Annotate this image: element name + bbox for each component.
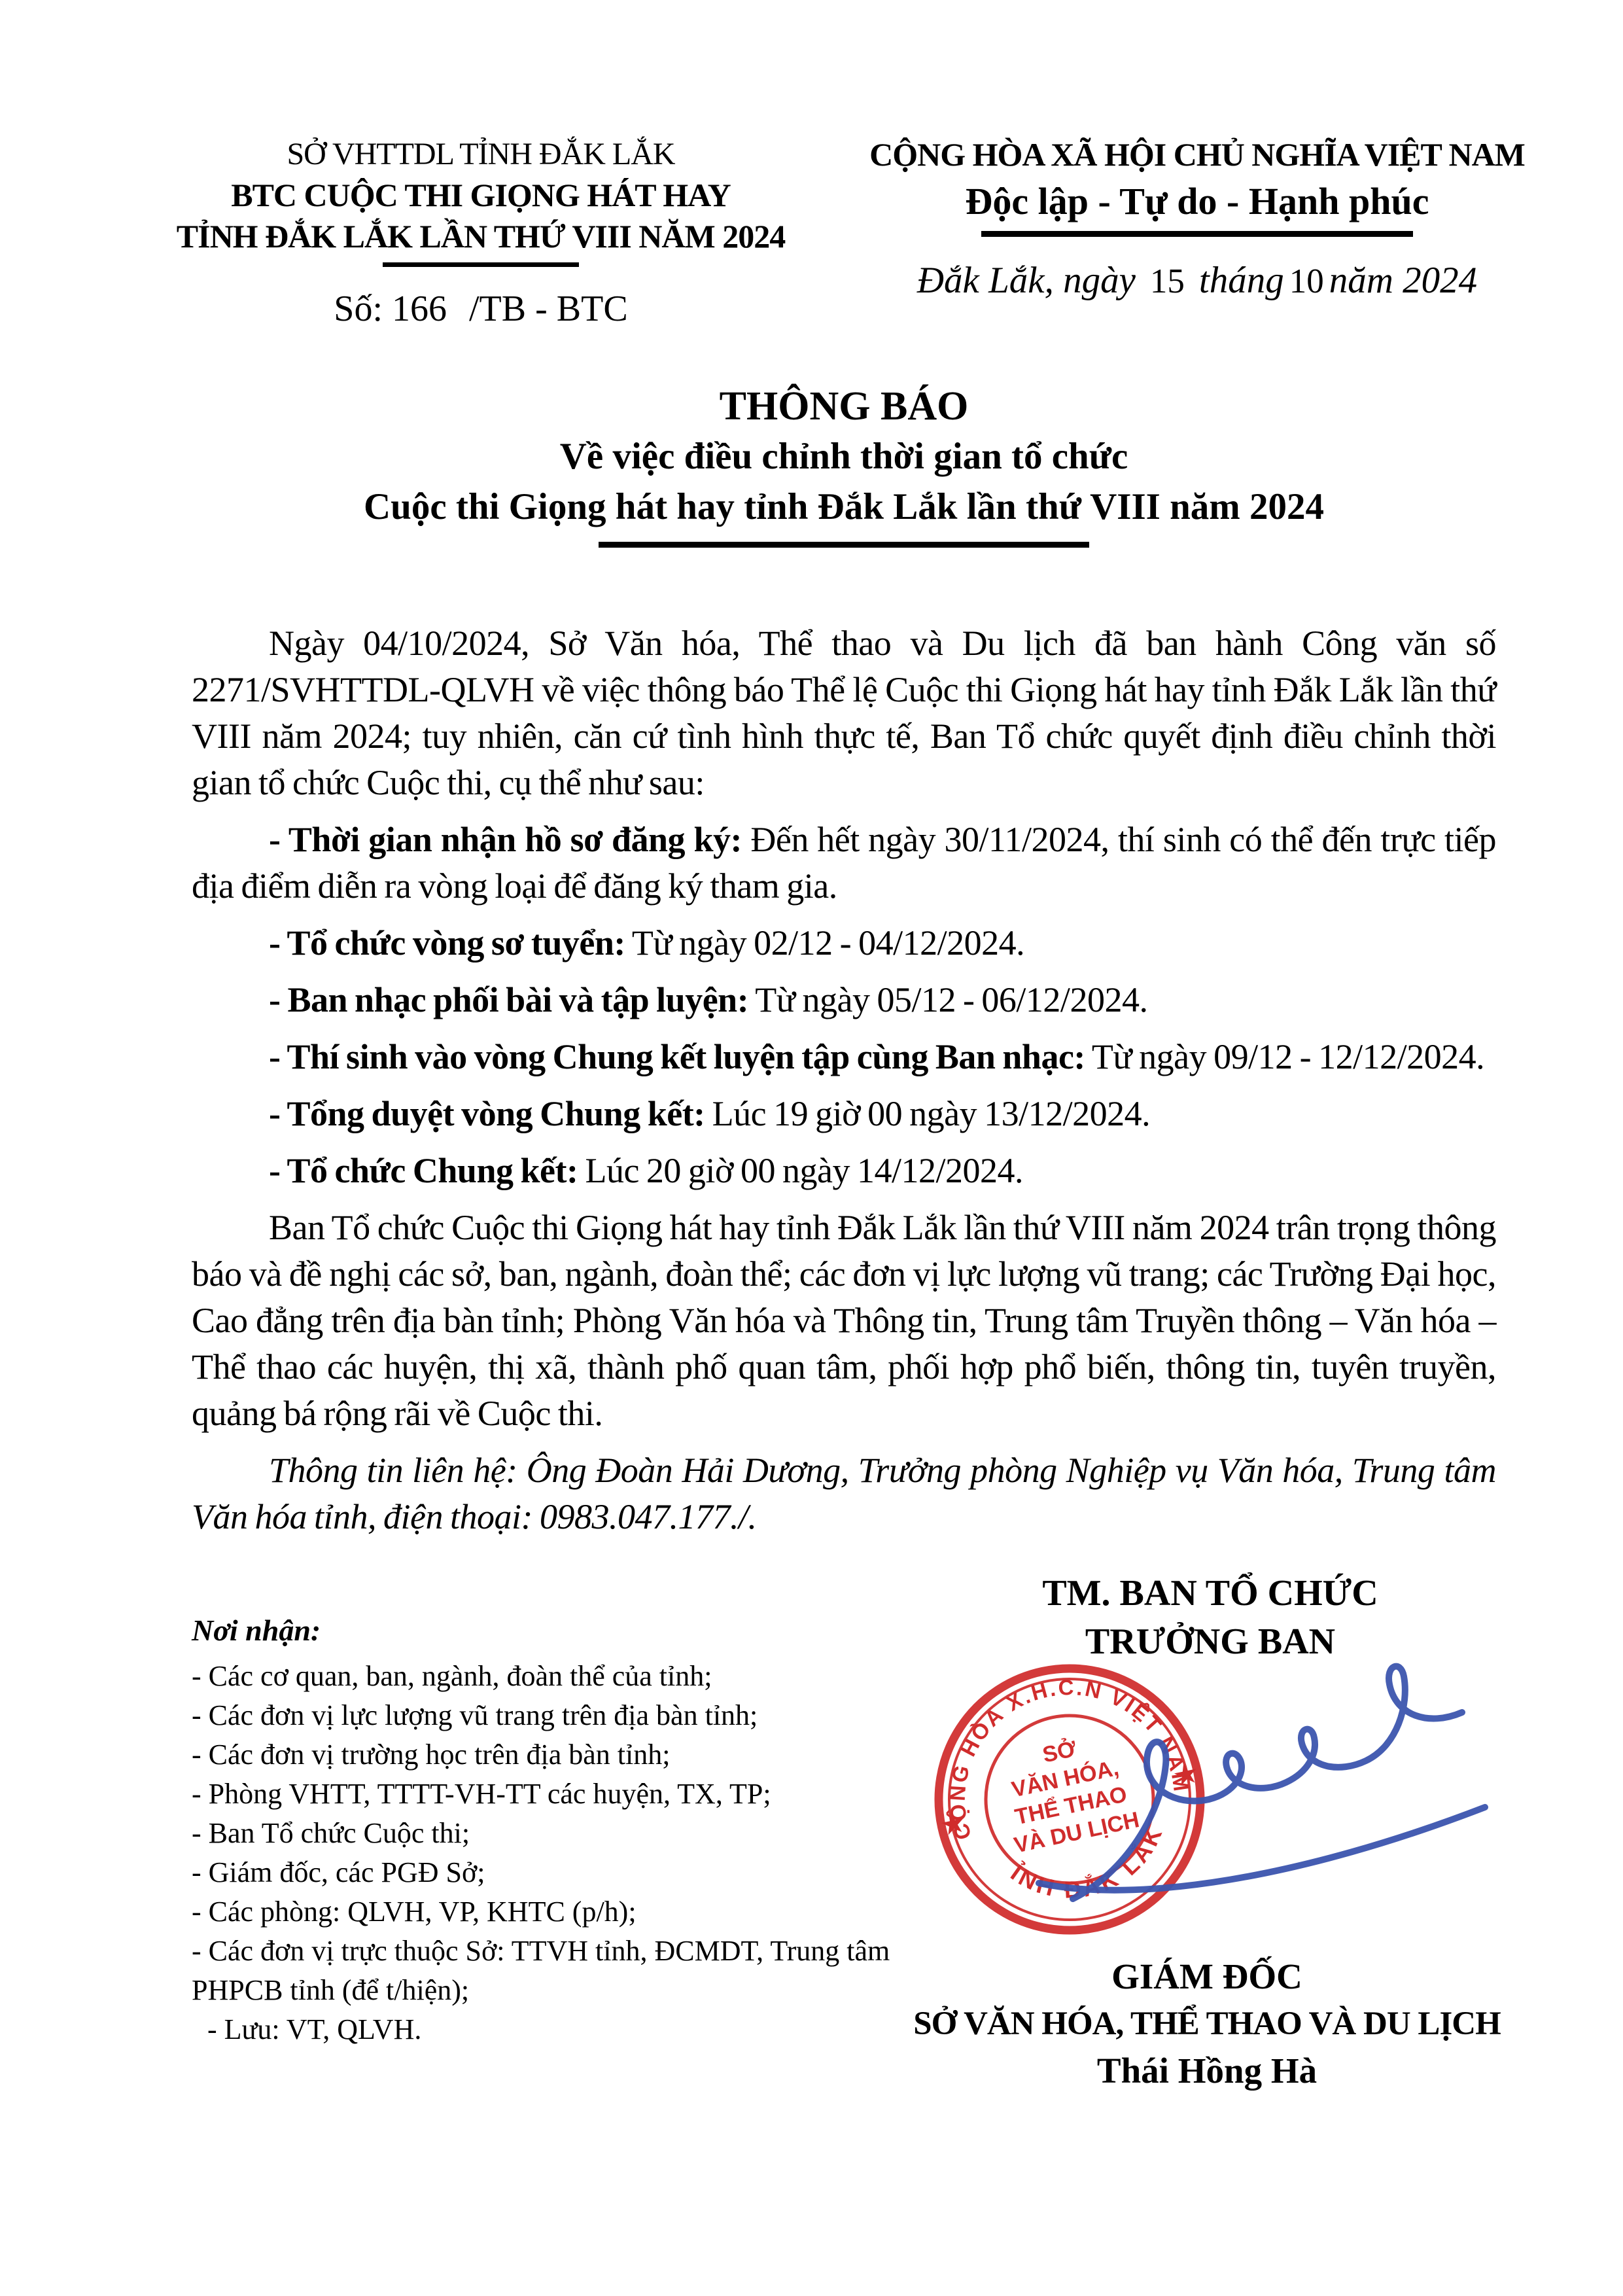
document-page: SỞ VHTTDL TỈNH ĐẮK LẮK BTC CUỘC THI GIỌN… <box>0 0 1623 2296</box>
signature-onbehalf: TM. BAN TỔ CHỨC <box>850 1569 1570 1617</box>
recipient-item: - Phòng VHTT, TTTT-VH-TT các huyện, TX, … <box>192 1775 931 1814</box>
document-number: Số:166/TB - BTC <box>157 288 805 330</box>
date-year: năm 2024 <box>1329 260 1477 301</box>
schedule-item-text: Lúc 19 giờ 00 ngày 13/12/2024. <box>705 1094 1151 1133</box>
date-place: Đắk Lắk, ngày <box>917 260 1136 301</box>
signature-ink <box>1027 1611 1498 1938</box>
date-thang: tháng <box>1199 260 1284 301</box>
recipient-item: - Các cơ quan, ban, ngành, đoàn thể của … <box>192 1657 931 1696</box>
schedule-item-text: Từ ngày 02/12 - 04/12/2024. <box>625 923 1024 963</box>
notice-subtitle-line2: Cuộc thi Giọng hát hay tỉnh Đắk Lắk lần … <box>192 482 1496 533</box>
org-committee-name-line1: BTC CUỘC THI GIỌNG HÁT HAY <box>157 175 805 216</box>
org-parent-name: SỞ VHTTDL TỈNH ĐẮK LẮK <box>157 134 805 175</box>
recipient-item: - Các đơn vị trực thuộc Sở: TTVH tỉnh, Đ… <box>192 1932 931 2010</box>
schedule-item-label: - Thời gian nhận hồ sơ đăng ký: <box>269 820 742 859</box>
issuing-org-block: SỞ VHTTDL TỈNH ĐẮK LẮK BTC CUỘC THI GIỌN… <box>157 134 805 330</box>
schedule-item-label: - Thí sinh vào vòng Chung kết luyện tập … <box>269 1037 1085 1076</box>
notice-subtitle-line1: Về việc điều chỉnh thời gian tổ chức <box>192 432 1496 482</box>
notice-body: Ngày 04/10/2024, Sở Văn hóa, Thể thao và… <box>192 620 1496 1551</box>
doc-number-suffix: /TB - BTC <box>469 289 628 329</box>
body-paragraph-request: Ban Tổ chức Cuộc thi Giọng hát hay tỉnh … <box>192 1205 1496 1437</box>
national-title: CỘNG HÒA XÃ HỘI CHỦ NGHĨA VIỆT NAM <box>818 134 1577 175</box>
schedule-item: - Tổ chức vòng sơ tuyển: Từ ngày 02/12 -… <box>192 920 1496 966</box>
notice-title-block: THÔNG BÁO Về việc điều chỉnh thời gian t… <box>192 381 1496 548</box>
body-paragraph-intro: Ngày 04/10/2024, Sở Văn hóa, Thể thao và… <box>192 620 1496 806</box>
recipient-item: - Các đơn vị trường học trên địa bàn tỉn… <box>192 1735 931 1775</box>
schedule-item: - Ban nhạc phối bài và tập luyện: Từ ngà… <box>192 977 1496 1023</box>
signer-department: SỞ VĂN HÓA, THỂ THAO VÀ DU LỊCH <box>821 2000 1593 2047</box>
schedule-item-text: Từ ngày 09/12 - 12/12/2024. <box>1085 1037 1484 1076</box>
recipients-heading: Nơi nhận: <box>192 1611 931 1650</box>
doc-number-prefix: Số: <box>334 289 383 329</box>
notice-title: THÔNG BÁO <box>192 381 1496 432</box>
recipient-item: - Các phòng: QLVH, VP, KHTC (p/h); <box>192 1892 931 1932</box>
recipient-item-luu: - Lưu: VT, QLVH. <box>192 2010 931 2049</box>
date-month: 10 <box>1289 262 1324 300</box>
date-day: 15 <box>1150 262 1185 300</box>
schedule-item: - Thời gian nhận hồ sơ đăng ký: Đến hết … <box>192 817 1496 910</box>
motto-underline-rule <box>981 231 1413 237</box>
schedule-item: - Thí sinh vào vòng Chung kết luyện tập … <box>192 1034 1496 1080</box>
signer-block: GIÁM ĐỐC SỞ VĂN HÓA, THỂ THAO VÀ DU LỊCH… <box>821 1953 1593 2094</box>
schedule-item-label: - Tổ chức vòng sơ tuyển: <box>269 923 625 963</box>
schedule-item: - Tổng duyệt vòng Chung kết: Lúc 19 giờ … <box>192 1091 1496 1137</box>
org-committee-name-line2: TỈNH ĐẮK LẮK LẦN THỨ VIII NĂM 2024 <box>157 216 805 257</box>
schedule-item: - Tổ chức Chung kết: Lúc 20 giờ 00 ngày … <box>192 1148 1496 1194</box>
schedule-item-label: - Tổ chức Chung kết: <box>269 1151 578 1190</box>
signer-name: Thái Hồng Hà <box>821 2047 1593 2094</box>
recipient-item: - Giám đốc, các PGĐ Sở; <box>192 1853 931 1892</box>
recipients-block: Nơi nhận: - Các cơ quan, ban, ngành, đoà… <box>192 1611 931 2049</box>
national-motto: Độc lập - Tự do - Hạnh phúc <box>818 179 1577 224</box>
recipient-item: - Các đơn vị lực lượng vũ trang trên địa… <box>192 1696 931 1735</box>
org-underline-rule <box>383 262 579 267</box>
place-date-line: Đắk Lắk, ngày15tháng10năm 2024 <box>818 259 1577 302</box>
signature-stroke-main <box>1073 1667 1462 1899</box>
title-underline-rule <box>599 542 1089 548</box>
schedule-item-label: - Tổng duyệt vòng Chung kết: <box>269 1094 705 1133</box>
schedule-item-label: - Ban nhạc phối bài và tập luyện: <box>269 980 748 1019</box>
signer-position: GIÁM ĐỐC <box>821 1953 1593 2000</box>
national-header-block: CỘNG HÒA XÃ HỘI CHỦ NGHĨA VIỆT NAM Độc l… <box>818 134 1577 302</box>
schedule-item-text: Lúc 20 giờ 00 ngày 14/12/2024. <box>578 1151 1023 1190</box>
doc-number-value: 166 <box>392 289 447 329</box>
contact-info-paragraph: Thông tin liên hệ: Ông Đoàn Hải Dương, T… <box>192 1447 1496 1540</box>
schedule-item-text: Từ ngày 05/12 - 06/12/2024. <box>748 980 1147 1019</box>
recipient-item: - Ban Tổ chức Cuộc thi; <box>192 1814 931 1853</box>
